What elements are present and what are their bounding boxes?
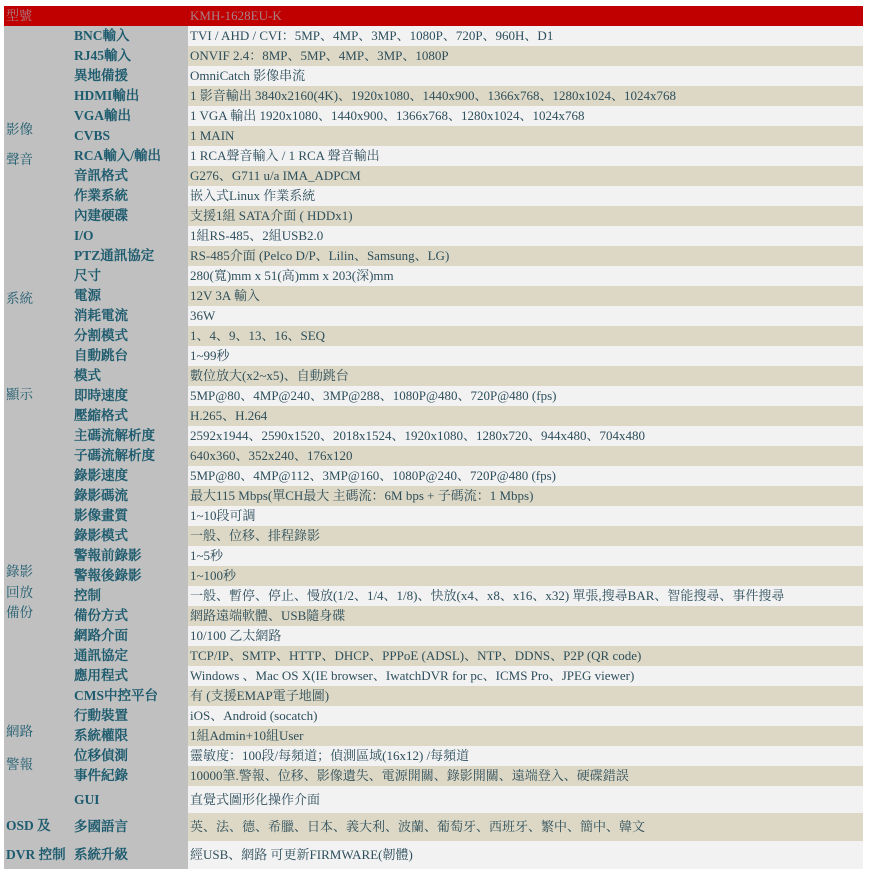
- table-row: 錄影碼流最大115 Mbps(單CH最大 主碼流：6M bps + 子碼流：1 …: [4, 486, 863, 506]
- spec-value: 1~100秒: [188, 566, 863, 586]
- spec-label: 分割模式: [4, 326, 188, 346]
- table-row: BNC輸入TVI / AHD / CVI：5MP、4MP、3MP、1080P、7…: [4, 26, 863, 46]
- table-row: VGA輸出1 VGA 輸出 1920x1080、1440x900、1366x76…: [4, 106, 863, 126]
- spec-label: 異地備援: [4, 66, 188, 86]
- table-row: 分割模式1、4、9、13、16、SEQ: [4, 326, 863, 346]
- model-label: 型號: [6, 8, 32, 24]
- spec-label: HDMI輸出: [4, 86, 188, 106]
- table-row: 電源12V 3A 輸入: [4, 286, 863, 306]
- spec-value: 最大115 Mbps(單CH最大 主碼流：6M bps + 子碼流：1 Mbps…: [188, 486, 863, 506]
- spec-value: 嵌入式Linux 作業系統: [188, 186, 863, 206]
- table-row: 多國語言英、法、德、希臘、日本、義大利、波蘭、葡萄牙、西班牙、繁中、簡中、韓文: [4, 813, 863, 841]
- spec-value: 支援1組 SATA介面 ( HDDx1): [188, 206, 863, 226]
- spec-value: 10000筆.警報、位移、影像遺失、電源開關、錄影開關、遠端登入、硬碟錯誤: [188, 766, 863, 786]
- spec-label: PTZ通訊協定: [4, 246, 188, 266]
- spec-value: 36W: [188, 306, 863, 326]
- category-label: OSD 及: [6, 814, 51, 834]
- category-label: 警報: [6, 753, 33, 773]
- category-label: 影像: [6, 118, 33, 138]
- spec-value: 1 影音輸出 3840x2160(4K)、1920x1080、1440x900、…: [188, 86, 863, 106]
- spec-value: 經USB、網路 可更新FIRMWARE(韌體): [188, 841, 863, 869]
- spec-value: 一般、位移、排程錄影: [188, 526, 863, 546]
- table-row: 行動裝置iOS、Android (socatch): [4, 706, 863, 726]
- table-row: PTZ通訊協定RS-485介面 (Pelco D/P、Lilin、Samsung…: [4, 246, 863, 266]
- spec-value: 靈敏度：100段/每頻道；偵測區域(16x12) /每頻道: [188, 746, 863, 766]
- table-row: 系統權限1組Admin+10組User: [4, 726, 863, 746]
- table-row: 子碼流解析度640x360、352x240、176x120: [4, 446, 863, 466]
- spec-value: 英、法、德、希臘、日本、義大利、波蘭、葡萄牙、西班牙、繁中、簡中、韓文: [188, 813, 863, 841]
- table-row: RCA輸入/輸出1 RCA聲音輸入 / 1 RCA 聲音輸出: [4, 146, 863, 166]
- spec-label: 音訊格式: [4, 166, 188, 186]
- spec-label: 內建硬碟: [4, 206, 188, 226]
- table-row: 主碼流解析度2592x1944、2590x1520、2018x1524、1920…: [4, 426, 863, 446]
- spec-value: RS-485介面 (Pelco D/P、Lilin、Samsung、LG): [188, 246, 863, 266]
- table-row: 模式數位放大(x2~x5)、自動跳台: [4, 366, 863, 386]
- spec-value: 一般、暫停、停止、慢放(1/2、1/4、1/8)、快放(x4、x8、x16、x3…: [188, 586, 863, 606]
- table-row: 位移偵測靈敏度：100段/每頻道；偵測區域(16x12) /每頻道: [4, 746, 863, 766]
- spec-value: OmniCatch 影像串流: [188, 66, 863, 86]
- table-row: 消耗電流36W: [4, 306, 863, 326]
- spec-label: 自動跳台: [4, 346, 188, 366]
- spec-value: TCP/IP、SMTP、HTTP、DHCP、PPPoE (ADSL)、NTP、D…: [188, 646, 863, 666]
- category-label: 錄影: [6, 560, 33, 580]
- table-row: 網路介面10/100 乙太網路: [4, 626, 863, 646]
- table-row: RJ45輸入ONVIF 2.4：8MP、5MP、4MP、3MP、1080P: [4, 46, 863, 66]
- spec-table: 型號 KMH-1628EU-K BNC輸入TVI / AHD / CVI：5MP…: [4, 6, 863, 869]
- table-row: 影像畫質1~10段可調: [4, 506, 863, 526]
- spec-label: 錄影碼流: [4, 486, 188, 506]
- spec-label: 錄影速度: [4, 466, 188, 486]
- spec-value: 5MP@80、4MP@240、3MP@288、1080P@480、720P@48…: [188, 386, 863, 406]
- table-row: 錄影速度5MP@80、4MP@112、3MP@160、1080P@240、720…: [4, 466, 863, 486]
- spec-label: BNC輸入: [4, 26, 188, 46]
- table-row: GUI直覺式圖形化操作介面: [4, 786, 863, 813]
- spec-value: 1組RS-485、2組USB2.0: [188, 226, 863, 246]
- spec-value: 1~10段可調: [188, 506, 863, 526]
- spec-label: I/O: [4, 226, 188, 246]
- spec-label: 壓縮格式: [4, 406, 188, 426]
- table-row: 警報後錄影1~100秒: [4, 566, 863, 586]
- spec-value: H.265、H.264: [188, 406, 863, 426]
- table-row: CMS中控平台有 (支援EMAP電子地圖): [4, 686, 863, 706]
- category-label: 回放: [6, 581, 33, 601]
- spec-label: 消耗電流: [4, 306, 188, 326]
- table-row: 作業系統嵌入式Linux 作業系統: [4, 186, 863, 206]
- spec-label: 網路介面: [4, 626, 188, 646]
- table-row: 警報前錄影1~5秒: [4, 546, 863, 566]
- spec-value: 640x360、352x240、176x120: [188, 446, 863, 466]
- table-row: HDMI輸出1 影音輸出 3840x2160(4K)、1920x1080、144…: [4, 86, 863, 106]
- spec-value: 1、4、9、13、16、SEQ: [188, 326, 863, 346]
- table-row: I/O1組RS-485、2組USB2.0: [4, 226, 863, 246]
- spec-value: 網路遠端軟體、USB隨身碟: [188, 606, 863, 626]
- spec-label: 影像畫質: [4, 506, 188, 526]
- table-row: 音訊格式G276、G711 u/a IMA_ADPCM: [4, 166, 863, 186]
- spec-value: 1 VGA 輸出 1920x1080、1440x900、1366x768、128…: [188, 106, 863, 126]
- spec-value: 1組Admin+10組User: [188, 726, 863, 746]
- model-value: KMH-1628EU-K: [190, 8, 282, 24]
- spec-value: G276、G711 u/a IMA_ADPCM: [188, 166, 863, 186]
- category-label: 系統: [6, 287, 33, 307]
- spec-value: 10/100 乙太網路: [188, 626, 863, 646]
- spec-label: 通訊協定: [4, 646, 188, 666]
- table-row: 控制一般、暫停、停止、慢放(1/2、1/4、1/8)、快放(x4、x8、x16、…: [4, 586, 863, 606]
- spec-value: ONVIF 2.4：8MP、5MP、4MP、3MP、1080P: [188, 46, 863, 66]
- table-row: 應用程式Windows 、Mac OS X(IE browser、IwatchD…: [4, 666, 863, 686]
- spec-value: 5MP@80、4MP@112、3MP@160、1080P@240、720P@48…: [188, 466, 863, 486]
- table-row: 備份方式網路遠端軟體、USB隨身碟: [4, 606, 863, 626]
- spec-value: 280(寬)mm x 51(高)mm x 203(深)mm: [188, 266, 863, 286]
- spec-label: 錄影模式: [4, 526, 188, 546]
- table-row: CVBS1 MAIN: [4, 126, 863, 146]
- table-row: 內建硬碟支援1組 SATA介面 ( HDDx1): [4, 206, 863, 226]
- category-label: 網路: [6, 720, 33, 740]
- category-label: 聲音: [6, 148, 33, 168]
- spec-value: TVI / AHD / CVI：5MP、4MP、3MP、1080P、720P、9…: [188, 26, 863, 46]
- category-label: 顯示: [6, 383, 33, 403]
- table-row: 錄影模式一般、位移、排程錄影: [4, 526, 863, 546]
- spec-value: Windows 、Mac OS X(IE browser、IwatchDVR f…: [188, 666, 863, 686]
- spec-label: GUI: [4, 786, 188, 813]
- spec-label: RJ45輸入: [4, 46, 188, 66]
- spec-label: 主碼流解析度: [4, 426, 188, 446]
- category-label: 備份: [6, 601, 33, 621]
- spec-value: 12V 3A 輸入: [188, 286, 863, 306]
- table-row: 事件紀錄10000筆.警報、位移、影像遺失、電源開關、錄影開關、遠端登入、硬碟錯…: [4, 766, 863, 786]
- spec-label: 子碼流解析度: [4, 446, 188, 466]
- table-row: 系統升級經USB、網路 可更新FIRMWARE(韌體): [4, 841, 863, 869]
- table-body: BNC輸入TVI / AHD / CVI：5MP、4MP、3MP、1080P、7…: [4, 26, 863, 869]
- table-row: 異地備援OmniCatch 影像串流: [4, 66, 863, 86]
- spec-value: 1~5秒: [188, 546, 863, 566]
- table-row: 即時速度5MP@80、4MP@240、3MP@288、1080P@480、720…: [4, 386, 863, 406]
- spec-value: 直覺式圖形化操作介面: [188, 786, 863, 813]
- table-row: 尺寸280(寬)mm x 51(高)mm x 203(深)mm: [4, 266, 863, 286]
- table-header: 型號 KMH-1628EU-K: [4, 6, 863, 26]
- spec-value: 1 RCA聲音輸入 / 1 RCA 聲音輸出: [188, 146, 863, 166]
- spec-value: 1 MAIN: [188, 126, 863, 146]
- spec-value: 1~99秒: [188, 346, 863, 366]
- spec-value: iOS、Android (socatch): [188, 706, 863, 726]
- spec-label: 應用程式: [4, 666, 188, 686]
- table-row: 通訊協定TCP/IP、SMTP、HTTP、DHCP、PPPoE (ADSL)、N…: [4, 646, 863, 666]
- spec-value: 數位放大(x2~x5)、自動跳台: [188, 366, 863, 386]
- spec-label: 作業系統: [4, 186, 188, 206]
- spec-label: 尺寸: [4, 266, 188, 286]
- category-label: DVR 控制: [6, 843, 66, 863]
- table-row: 自動跳台1~99秒: [4, 346, 863, 366]
- spec-label: CMS中控平台: [4, 686, 188, 706]
- spec-value: 有 (支援EMAP電子地圖): [188, 686, 863, 706]
- spec-value: 2592x1944、2590x1520、2018x1524、1920x1080、…: [188, 426, 863, 446]
- table-row: 壓縮格式H.265、H.264: [4, 406, 863, 426]
